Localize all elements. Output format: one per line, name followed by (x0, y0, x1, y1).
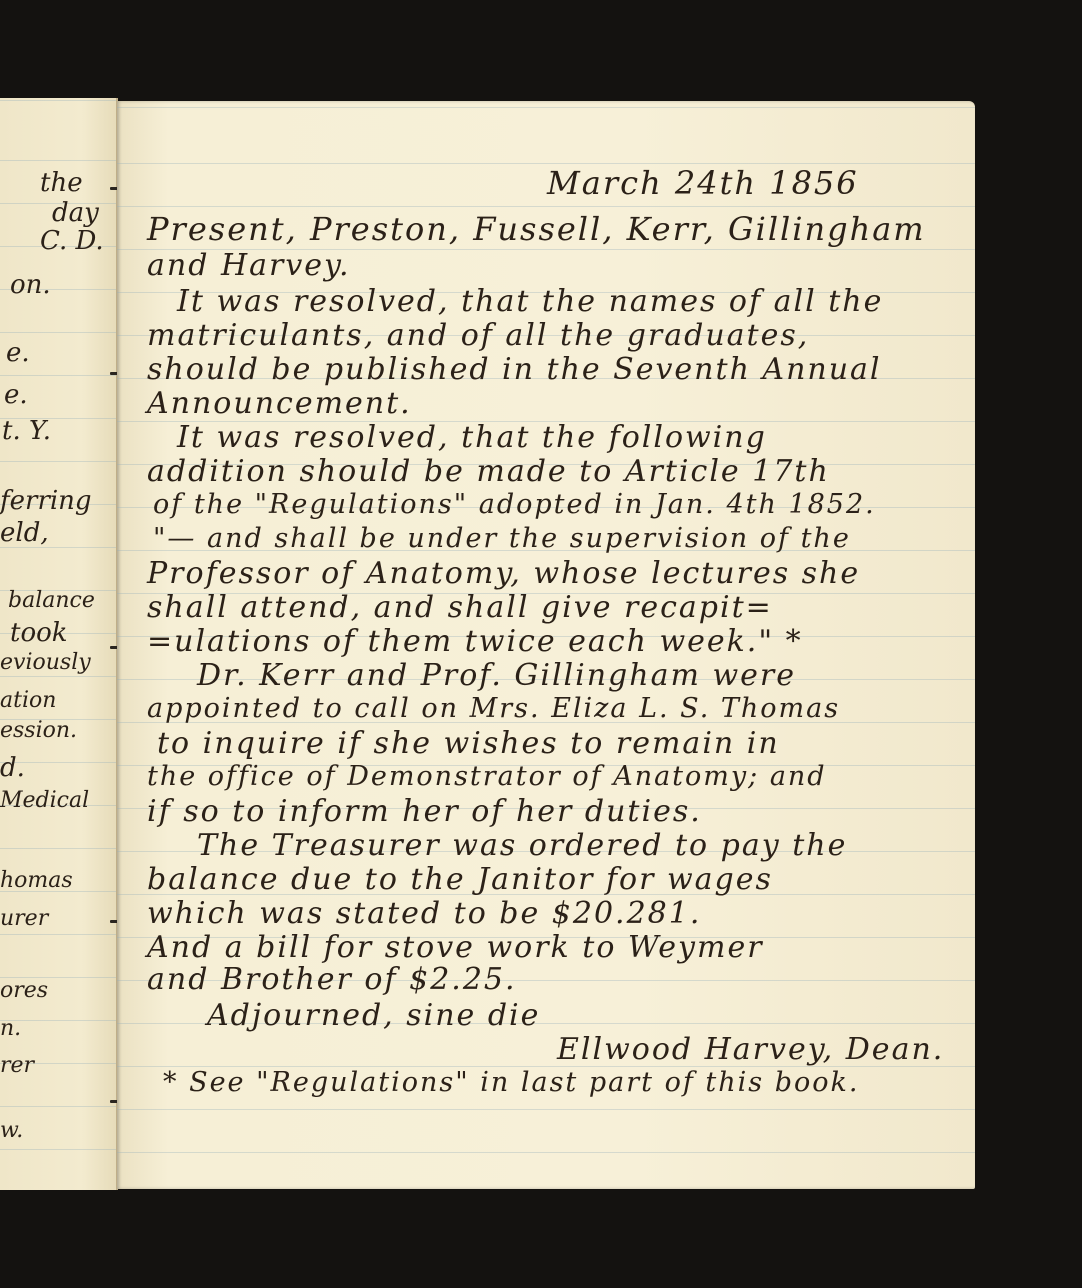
text-line: Present, Preston, Fussell, Kerr, Gilling… (147, 213, 926, 245)
text-line: And a bill for stove work to Weymer (147, 933, 764, 963)
text-line: Adjourned, sine die (207, 1001, 540, 1031)
text-line: addition should be made to Article 17th (147, 457, 830, 487)
left-fragment: ation (0, 688, 56, 713)
left-fragment: the (40, 168, 83, 198)
left-fragment: e. (4, 380, 28, 410)
left-fragment: Medical (0, 788, 89, 813)
text-line: The Treasurer was ordered to pay the (197, 831, 847, 861)
left-fragment: e. (6, 338, 30, 368)
left-fragment: urer (0, 906, 48, 931)
text-line: =ulations of them twice each week." * (147, 627, 803, 657)
text-line: shall attend, and shall give recapit= (147, 593, 773, 623)
text-line: should be published in the Seventh Annua… (147, 355, 882, 385)
text-line: and Harvey. (147, 251, 351, 281)
text-line: Announcement. (147, 389, 412, 419)
footnote: * See "Regulations" in last part of this… (163, 1069, 859, 1096)
left-fragment: w. (0, 1118, 23, 1143)
left-fragment: d. (0, 753, 25, 783)
left-fragment: ferring (0, 486, 92, 516)
right-page: March 24th 1856 Present, Preston, Fussel… (117, 101, 975, 1189)
text-line: matriculants, and of all the graduates, (147, 321, 809, 351)
left-page: the day C. D. on. e. e. t. Y. ferring el… (0, 98, 117, 1190)
text-line: appointed to call on Mrs. Eliza L. S. Th… (147, 695, 840, 722)
text-line: to inquire if she wishes to remain in (157, 729, 780, 759)
text-line: It was resolved, that the following (177, 423, 767, 453)
text-line: which was stated to be $20.281. (147, 899, 701, 929)
left-fragment: day (52, 198, 99, 228)
text-line: Professor of Anatomy, whose lectures she (147, 559, 860, 589)
text-line: and Brother of $2.25. (147, 965, 517, 995)
text-line: of the "Regulations" adopted in Jan. 4th… (153, 491, 876, 518)
left-fragment: on. (10, 270, 51, 300)
text-line: balance due to the Janitor for wages (147, 865, 773, 895)
text-line: if so to inform her of her duties. (147, 797, 702, 827)
left-fragment: ession. (0, 718, 77, 743)
left-fragment: rer (0, 1053, 34, 1078)
left-fragment: eviously (0, 650, 91, 675)
left-fragment: balance (8, 588, 95, 613)
left-fragment: took (10, 618, 68, 648)
entry-date: March 24th 1856 (547, 167, 859, 199)
text-line: Dr. Kerr and Prof. Gillingham were (197, 661, 796, 691)
left-fragment: n. (0, 1016, 21, 1041)
left-fragment: C. D. (40, 226, 104, 256)
signature: Ellwood Harvey, Dean. (557, 1035, 944, 1065)
left-fragment: ores (0, 978, 48, 1003)
text-line: It was resolved, that the names of all t… (177, 287, 883, 317)
left-fragment: homas (0, 868, 73, 893)
left-fragment: eld, (0, 518, 49, 548)
text-line: "— and shall be under the supervision of… (153, 525, 851, 552)
left-fragment: t. Y. (2, 416, 51, 446)
text-line: the office of Demonstrator of Anatomy; a… (147, 763, 827, 790)
